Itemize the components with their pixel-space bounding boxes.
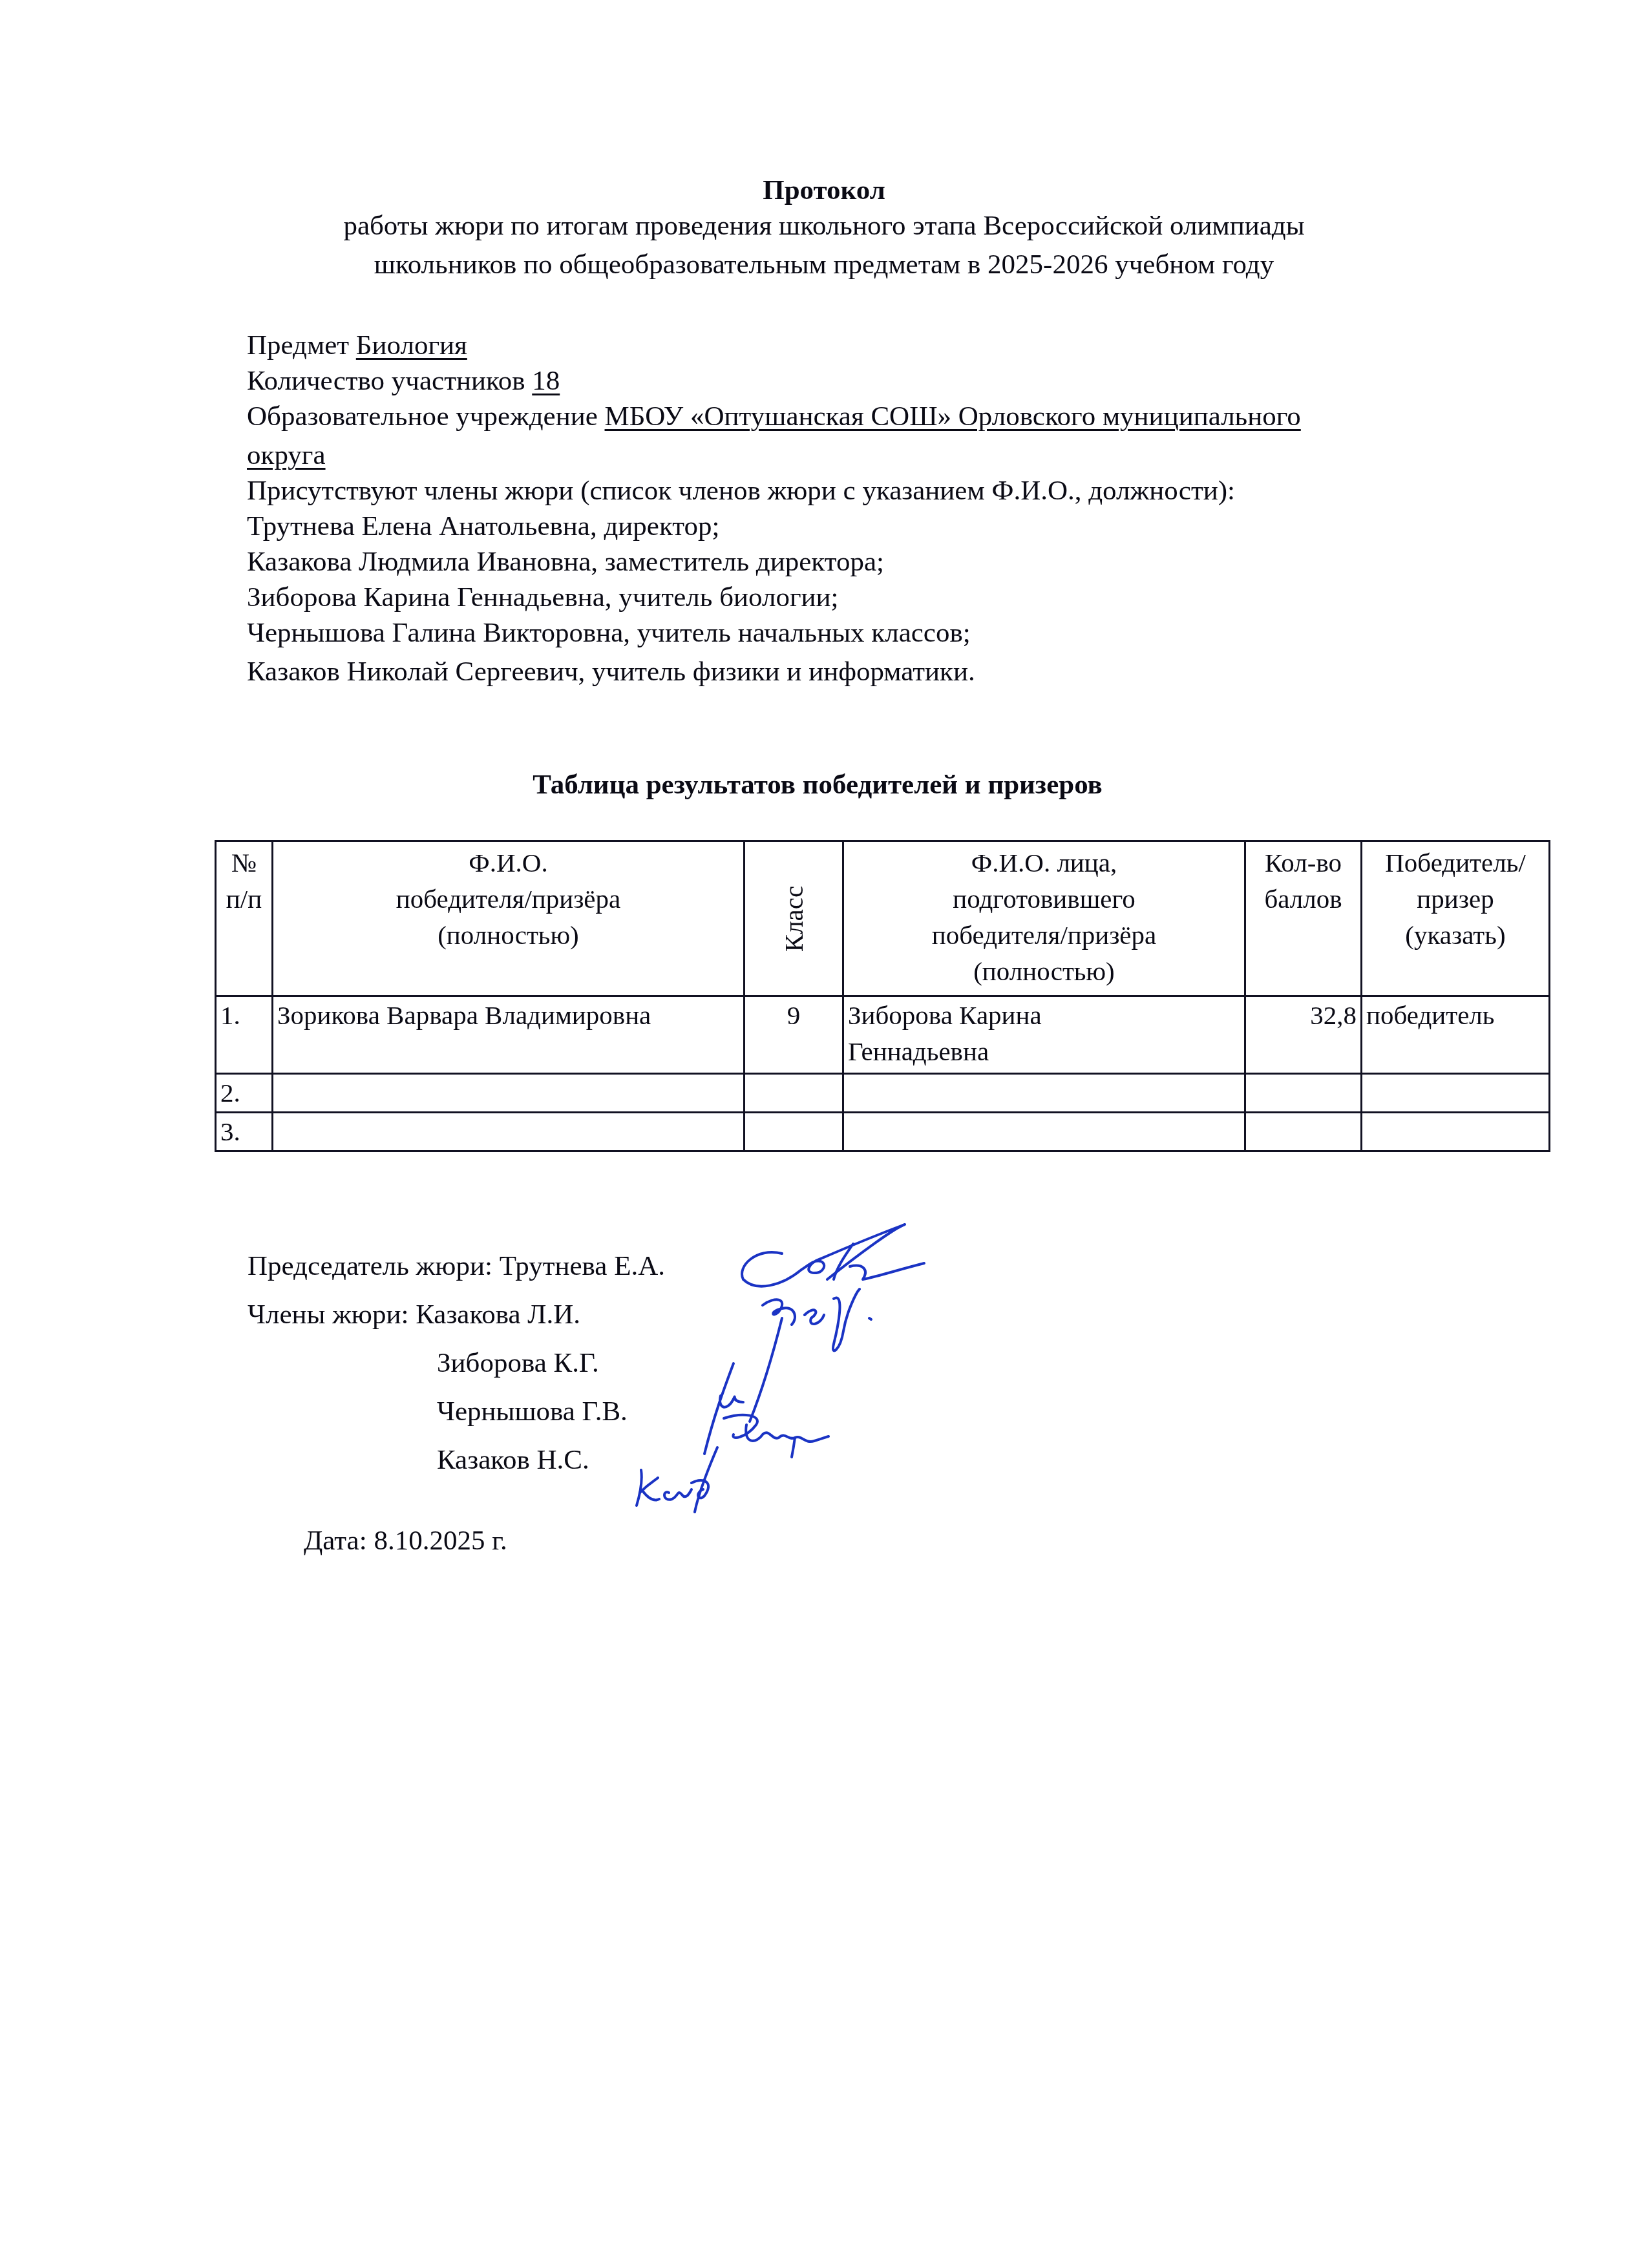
header-text: подготовившего (848, 881, 1240, 917)
cell-status: победитель (1362, 996, 1550, 1074)
teacher-name-line: Геннадьевна (848, 1033, 1240, 1069)
header-text: (полностью) (277, 917, 739, 953)
header-text: п/п (220, 881, 268, 917)
cell-score (1245, 1113, 1362, 1151)
header-text: Ф.И.О. (277, 845, 739, 881)
cell-teacher-name (843, 1113, 1245, 1151)
teacher-name-line: Зиборова Карина (848, 997, 1240, 1033)
jury-member-item: Чернышова Галина Викторовна, учитель нач… (247, 615, 971, 651)
header-text: призер (1366, 881, 1545, 917)
header-text: Победитель/ (1366, 845, 1545, 881)
member-handwritten-signature-icon (633, 1444, 730, 1515)
table-header-row: № п/п Ф.И.О. победителя/призёра (полност… (216, 841, 1550, 996)
cell-winner-name (273, 1113, 745, 1151)
column-header-number: № п/п (216, 841, 273, 996)
cell-class: 9 (745, 996, 843, 1074)
header-text: Ф.И.О. лица, (848, 845, 1240, 881)
table-row: 3. (216, 1113, 1550, 1151)
header-text: (полностью) (848, 953, 1240, 989)
cell-score (1245, 1074, 1362, 1113)
results-table: № п/п Ф.И.О. победителя/призёра (полност… (215, 840, 1550, 1152)
header-text: № (220, 845, 268, 881)
column-header-teacher-name: Ф.И.О. лица, подготовившего победителя/п… (843, 841, 1245, 996)
subject-value: Биология (356, 330, 467, 361)
document-subtitle-line-2: школьников по общеобразовательным предме… (0, 247, 1648, 283)
cell-number: 2. (216, 1074, 273, 1113)
cell-status (1362, 1074, 1550, 1113)
cell-winner-name (273, 1074, 745, 1113)
cell-number: 1. (216, 996, 273, 1074)
institution-row: Образовательное учреждение МБОУ «Оптушан… (247, 399, 1301, 435)
jury-member-signature-label: Чернышова Г.В. (437, 1394, 628, 1430)
jury-member-item: Зиборова Карина Геннадьевна, учитель био… (247, 580, 839, 616)
cell-teacher-name (843, 1074, 1245, 1113)
chair-signature-label: Председатель жюри: Трутнева Е.А. (248, 1248, 665, 1285)
header-text: победителя/призёра (848, 917, 1240, 953)
document-title: Протокол (0, 173, 1648, 209)
results-table-title: Таблица результатов победителей и призер… (0, 767, 1642, 803)
document-date: Дата: 8.10.2025 г. (304, 1523, 507, 1559)
jury-member-item: Трутнева Елена Анатольевна, директор; (247, 509, 719, 545)
document-subtitle-line-1: работы жюри по итогам проведения школьно… (0, 208, 1648, 244)
jury-member-item: Казаков Николай Сергеевич, учитель физик… (247, 654, 975, 690)
table-row: 2. (216, 1074, 1550, 1113)
cell-teacher-name: Зиборова Карина Геннадьевна (843, 996, 1245, 1074)
institution-value: МБОУ «Оптушанская СОШ» Орловского муници… (605, 401, 1301, 432)
member-handwritten-signature-icon (717, 1405, 834, 1464)
participants-label: Количество участников (247, 366, 525, 396)
header-text: победителя/призёра (277, 881, 739, 917)
column-header-class: Класс (745, 841, 843, 996)
jury-members-label: Члены жюри: Казакова Л.И. (248, 1297, 580, 1333)
jury-intro: Присутствуют члены жюри (список членов ж… (247, 473, 1235, 509)
participants-value: 18 (532, 366, 560, 396)
column-header-winner-name: Ф.И.О. победителя/призёра (полностью) (273, 841, 745, 996)
header-text: Кол-во (1250, 845, 1357, 881)
cell-class (745, 1113, 843, 1151)
institution-label: Образовательное учреждение (247, 401, 598, 432)
institution-value-continued: округа (247, 440, 326, 470)
jury-member-item: Казакова Людмила Ивановна, заместитель д… (247, 544, 884, 580)
column-header-status: Победитель/ призер (указать) (1362, 841, 1550, 996)
header-text: (указать) (1366, 917, 1545, 953)
header-text: Класс (776, 885, 812, 951)
cell-winner-name: Зорикова Варвара Владимировна (273, 996, 745, 1074)
jury-member-signature-label: Зиборова К.Г. (437, 1345, 599, 1381)
participants-row: Количество участников 18 (247, 363, 560, 399)
header-text: баллов (1250, 881, 1357, 917)
column-header-score: Кол-во баллов (1245, 841, 1362, 996)
jury-member-signature-label: Казаков Н.С. (437, 1442, 589, 1478)
cell-status (1362, 1113, 1550, 1151)
table-row: 1. Зорикова Варвара Владимировна 9 Зибор… (216, 996, 1550, 1074)
subject-row: Предмет Биология (247, 328, 467, 364)
subject-label: Предмет (247, 330, 349, 361)
cell-class (745, 1074, 843, 1113)
institution-row-continued: округа (247, 437, 326, 474)
cell-number: 3. (216, 1113, 273, 1151)
cell-score: 32,8 (1245, 996, 1362, 1074)
